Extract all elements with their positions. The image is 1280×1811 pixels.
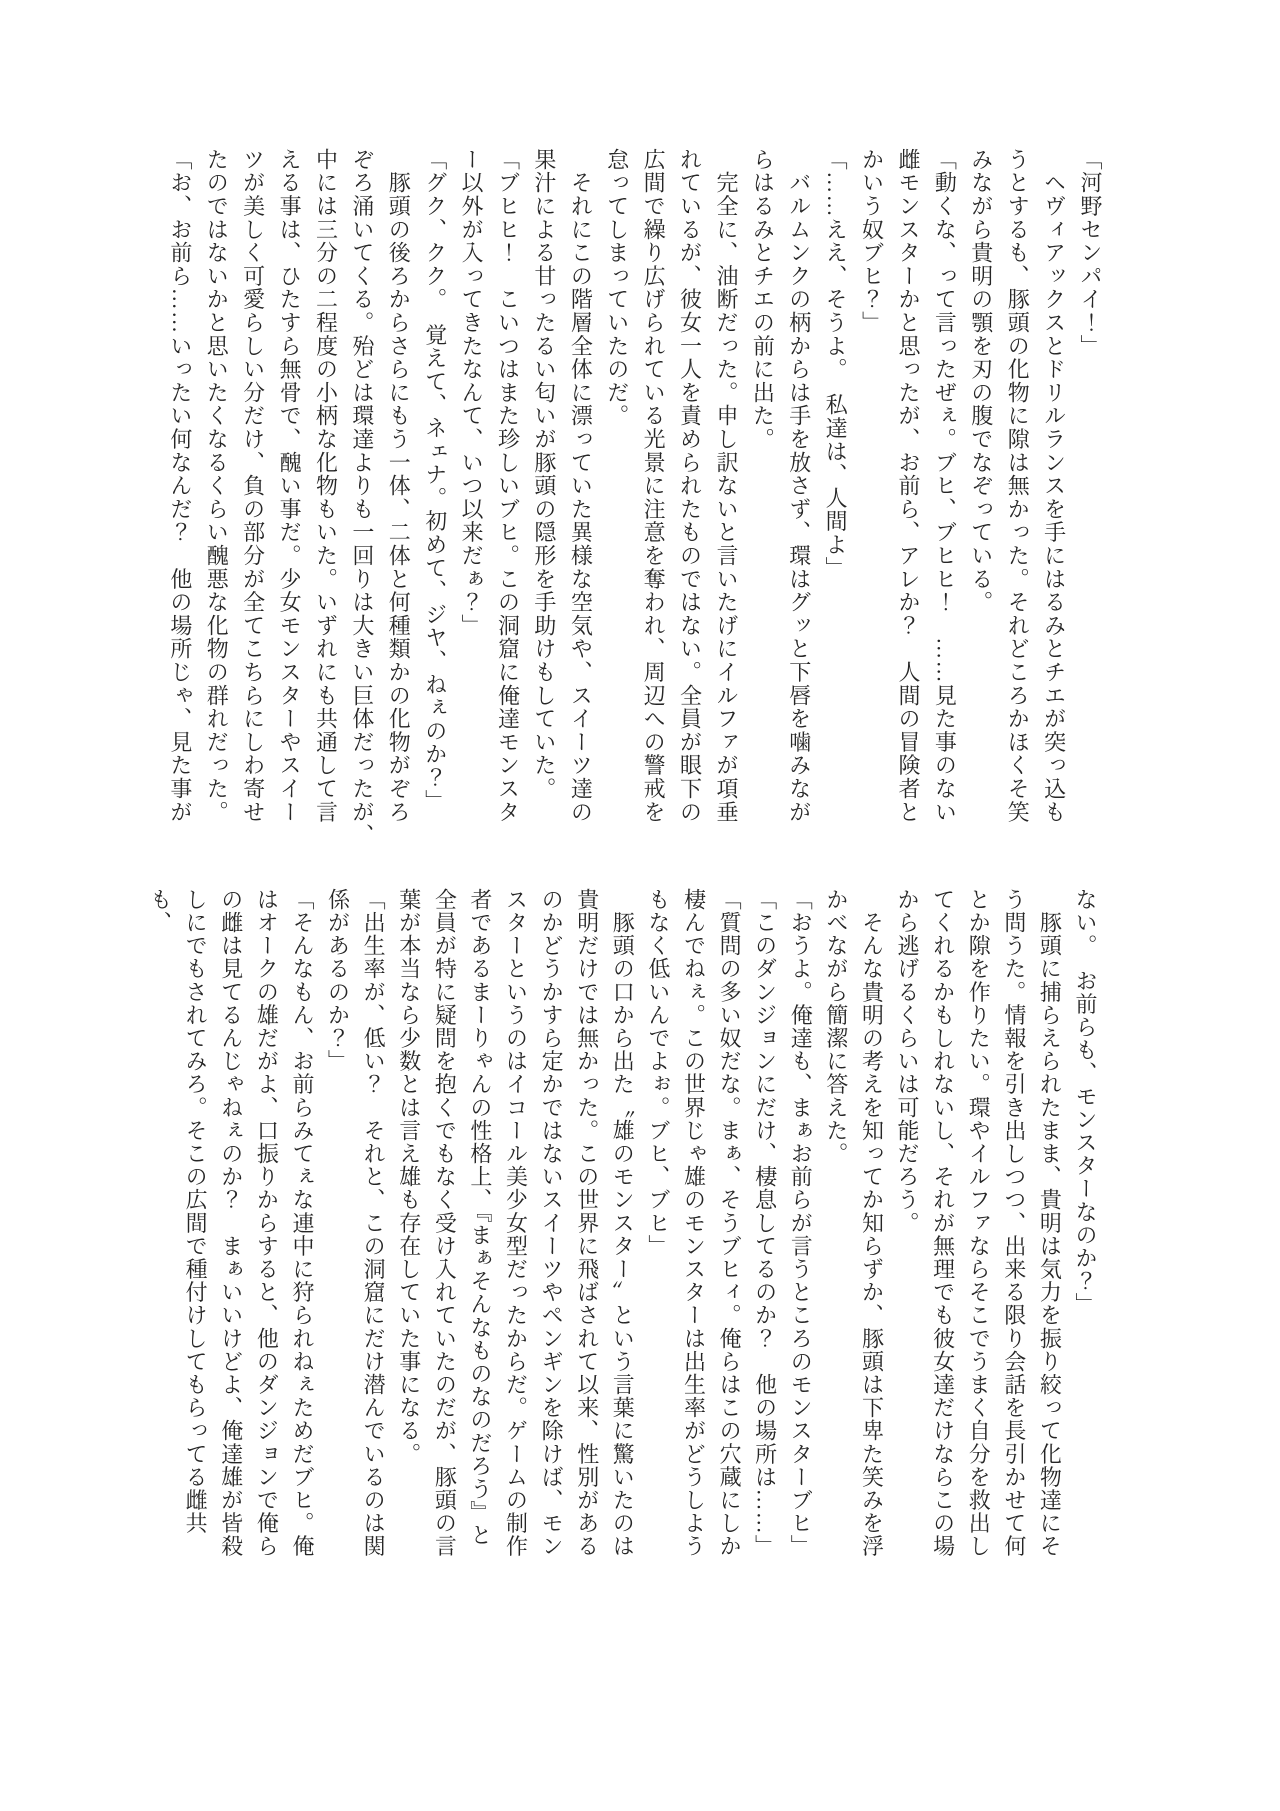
scanned-novel-page: 「河野センパイ！」 ヘヴィアックスとドリルランスを手にはるみとチエが突っ込も う…	[0, 0, 1280, 1811]
bottom-page-text: ない。 お前らも、モンスターなのか？」 豚頭に捕らえられたまま、貴明は気力を振り…	[142, 888, 1103, 1580]
top-page-text: 「河野センパイ！」 ヘヴィアックスとドリルランスを手にはるみとチエが突っ込も う…	[161, 148, 1108, 848]
